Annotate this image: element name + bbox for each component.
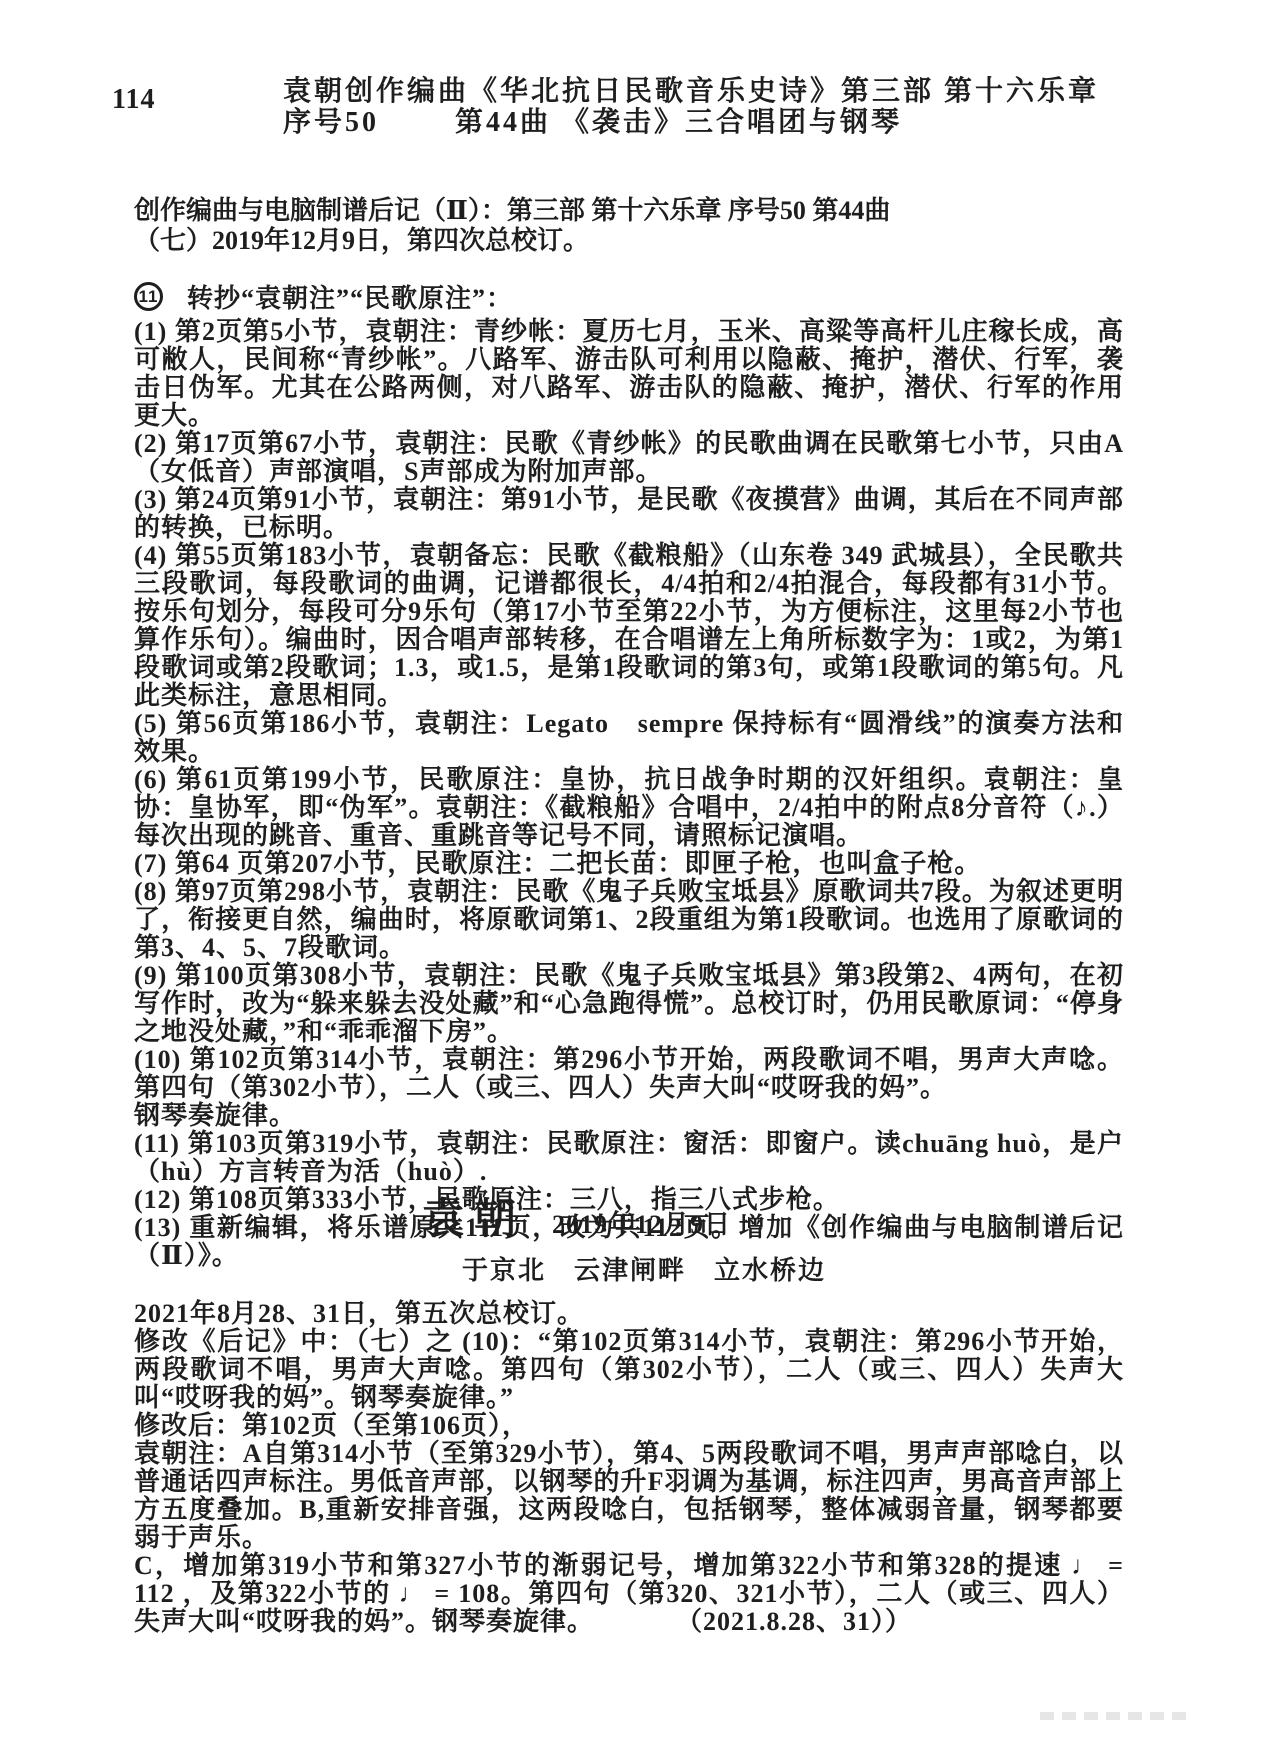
document-page: 114 袁朝创作编曲《华北抗日民歌音乐史诗》第三部 第十六乐章 序号50第44曲… <box>0 0 1278 1757</box>
note-item-7: (7) 第64 页第207小节，民歌原注：二把长苗：即匣子枪，也叫盒子枪。 <box>134 850 1124 878</box>
intro-line1: 创作编曲与电脑制谱后记（Ⅱ）：第三部 第十六乐章 序号50 第44曲 <box>134 196 1124 226</box>
revision-line-1: 2021年8月28、31日，第五次总校订。 <box>134 1300 1124 1328</box>
header-line2: 序号50第44曲 《袭击》三合唱团与钢琴 <box>283 107 1099 138</box>
note-item-2: (2) 第17页第67小节，袁朝注：民歌《青纱帐》的民歌曲调在民歌第七小节，只由… <box>134 430 1124 486</box>
revision-line-5: C，增加第319小节和第327小节的渐弱记号，增加第322小节和第328的提速 … <box>134 1552 1124 1636</box>
signature-date: 2019年12月9日 <box>552 1204 731 1241</box>
revision-line-2: 修改《后记》中：（七）之 (10)：“第102页第314小节，袁朝注：第296小… <box>134 1328 1124 1412</box>
revision-line-3: 修改后：第102页（至第106页）， <box>134 1412 1124 1440</box>
signature-block: 袁朝 2019年12月9日 于京北 云津闸畔 立水桥边 <box>134 1186 1124 1287</box>
circled-11-badge: 11 <box>134 282 163 311</box>
note-item-1: (1) 第2页第5小节，袁朝注：青纱帐：夏历七月，玉米、高粱等高杆儿庄稼长成，高… <box>134 318 1124 430</box>
note-item-3: (3) 第24页第91小节，袁朝注：第91小节，是民歌《夜摸营》曲调，其后在不同… <box>134 486 1124 542</box>
header-serial: 序号50 <box>283 107 379 138</box>
note-item-11: (11) 第103页第319小节，袁朝注：民歌原注：窗活：即窗户。读chuāng… <box>134 1130 1124 1186</box>
note-item-4: (4) 第55页第183小节，袁朝备忘：民歌《截粮船》（山东卷 349 武城县）… <box>134 542 1124 710</box>
revision-line-4: 袁朝注：A自第314小节（至第329小节），第4、5两段歌词不唱，男声声部唸白，… <box>134 1440 1124 1552</box>
signature-row: 袁朝 2019年12月9日 <box>422 1186 1124 1246</box>
intro-line2: （七）2019年12月9日，第四次总校订。 <box>134 226 1124 256</box>
author-name: 袁朝 <box>422 1186 526 1246</box>
section-heading: 11 转抄“袁朝注”“民歌原注”： <box>134 278 513 315</box>
section-heading-text: 转抄“袁朝注”“民歌原注”： <box>187 278 513 315</box>
header-line1: 袁朝创作编曲《华北抗日民歌音乐史诗》第三部 第十六乐章 <box>283 76 1099 107</box>
postscript-intro: 创作编曲与电脑制谱后记（Ⅱ）：第三部 第十六乐章 序号50 第44曲 （七）20… <box>134 196 1124 256</box>
faint-watermark <box>1040 1712 1190 1720</box>
notes-list: (1) 第2页第5小节，袁朝注：青纱帐：夏历七月，玉米、高粱等高杆儿庄稼长成，高… <box>134 318 1124 1270</box>
document-header: 袁朝创作编曲《华北抗日民歌音乐史诗》第三部 第十六乐章 序号50第44曲 《袭击… <box>283 76 1099 138</box>
note-item-10: (10) 第102页第314小节，袁朝注：第296小节开始，两段歌词不唱，男声大… <box>134 1046 1124 1102</box>
signature-place: 于京北 云津闸畔 立水桥边 <box>462 1250 1124 1287</box>
note-item-9: (9) 第100页第308小节，袁朝注：民歌《鬼子兵败宝坻县》第3段第2、4两句… <box>134 962 1124 1046</box>
note-item-5: (5) 第56页第186小节，袁朝注：Legato sempre 保持标有“圆滑… <box>134 710 1124 766</box>
note-item-8: (8) 第97页第298小节，袁朝注：民歌《鬼子兵败宝坻县》原歌词共7段。为叙述… <box>134 878 1124 962</box>
note-item-10-piano: 钢琴奏旋律。 <box>134 1102 1124 1130</box>
page-number: 114 <box>112 84 155 116</box>
note-item-6: (6) 第61页第199小节，民歌原注：皇协，抗日战争时期的汉奸组织。袁朝注：皇… <box>134 766 1124 850</box>
revision-block: 2021年8月28、31日，第五次总校订。 修改《后记》中：（七）之 (10)：… <box>134 1300 1124 1636</box>
header-song-title: 第44曲 《袭击》三合唱团与钢琴 <box>455 107 902 138</box>
